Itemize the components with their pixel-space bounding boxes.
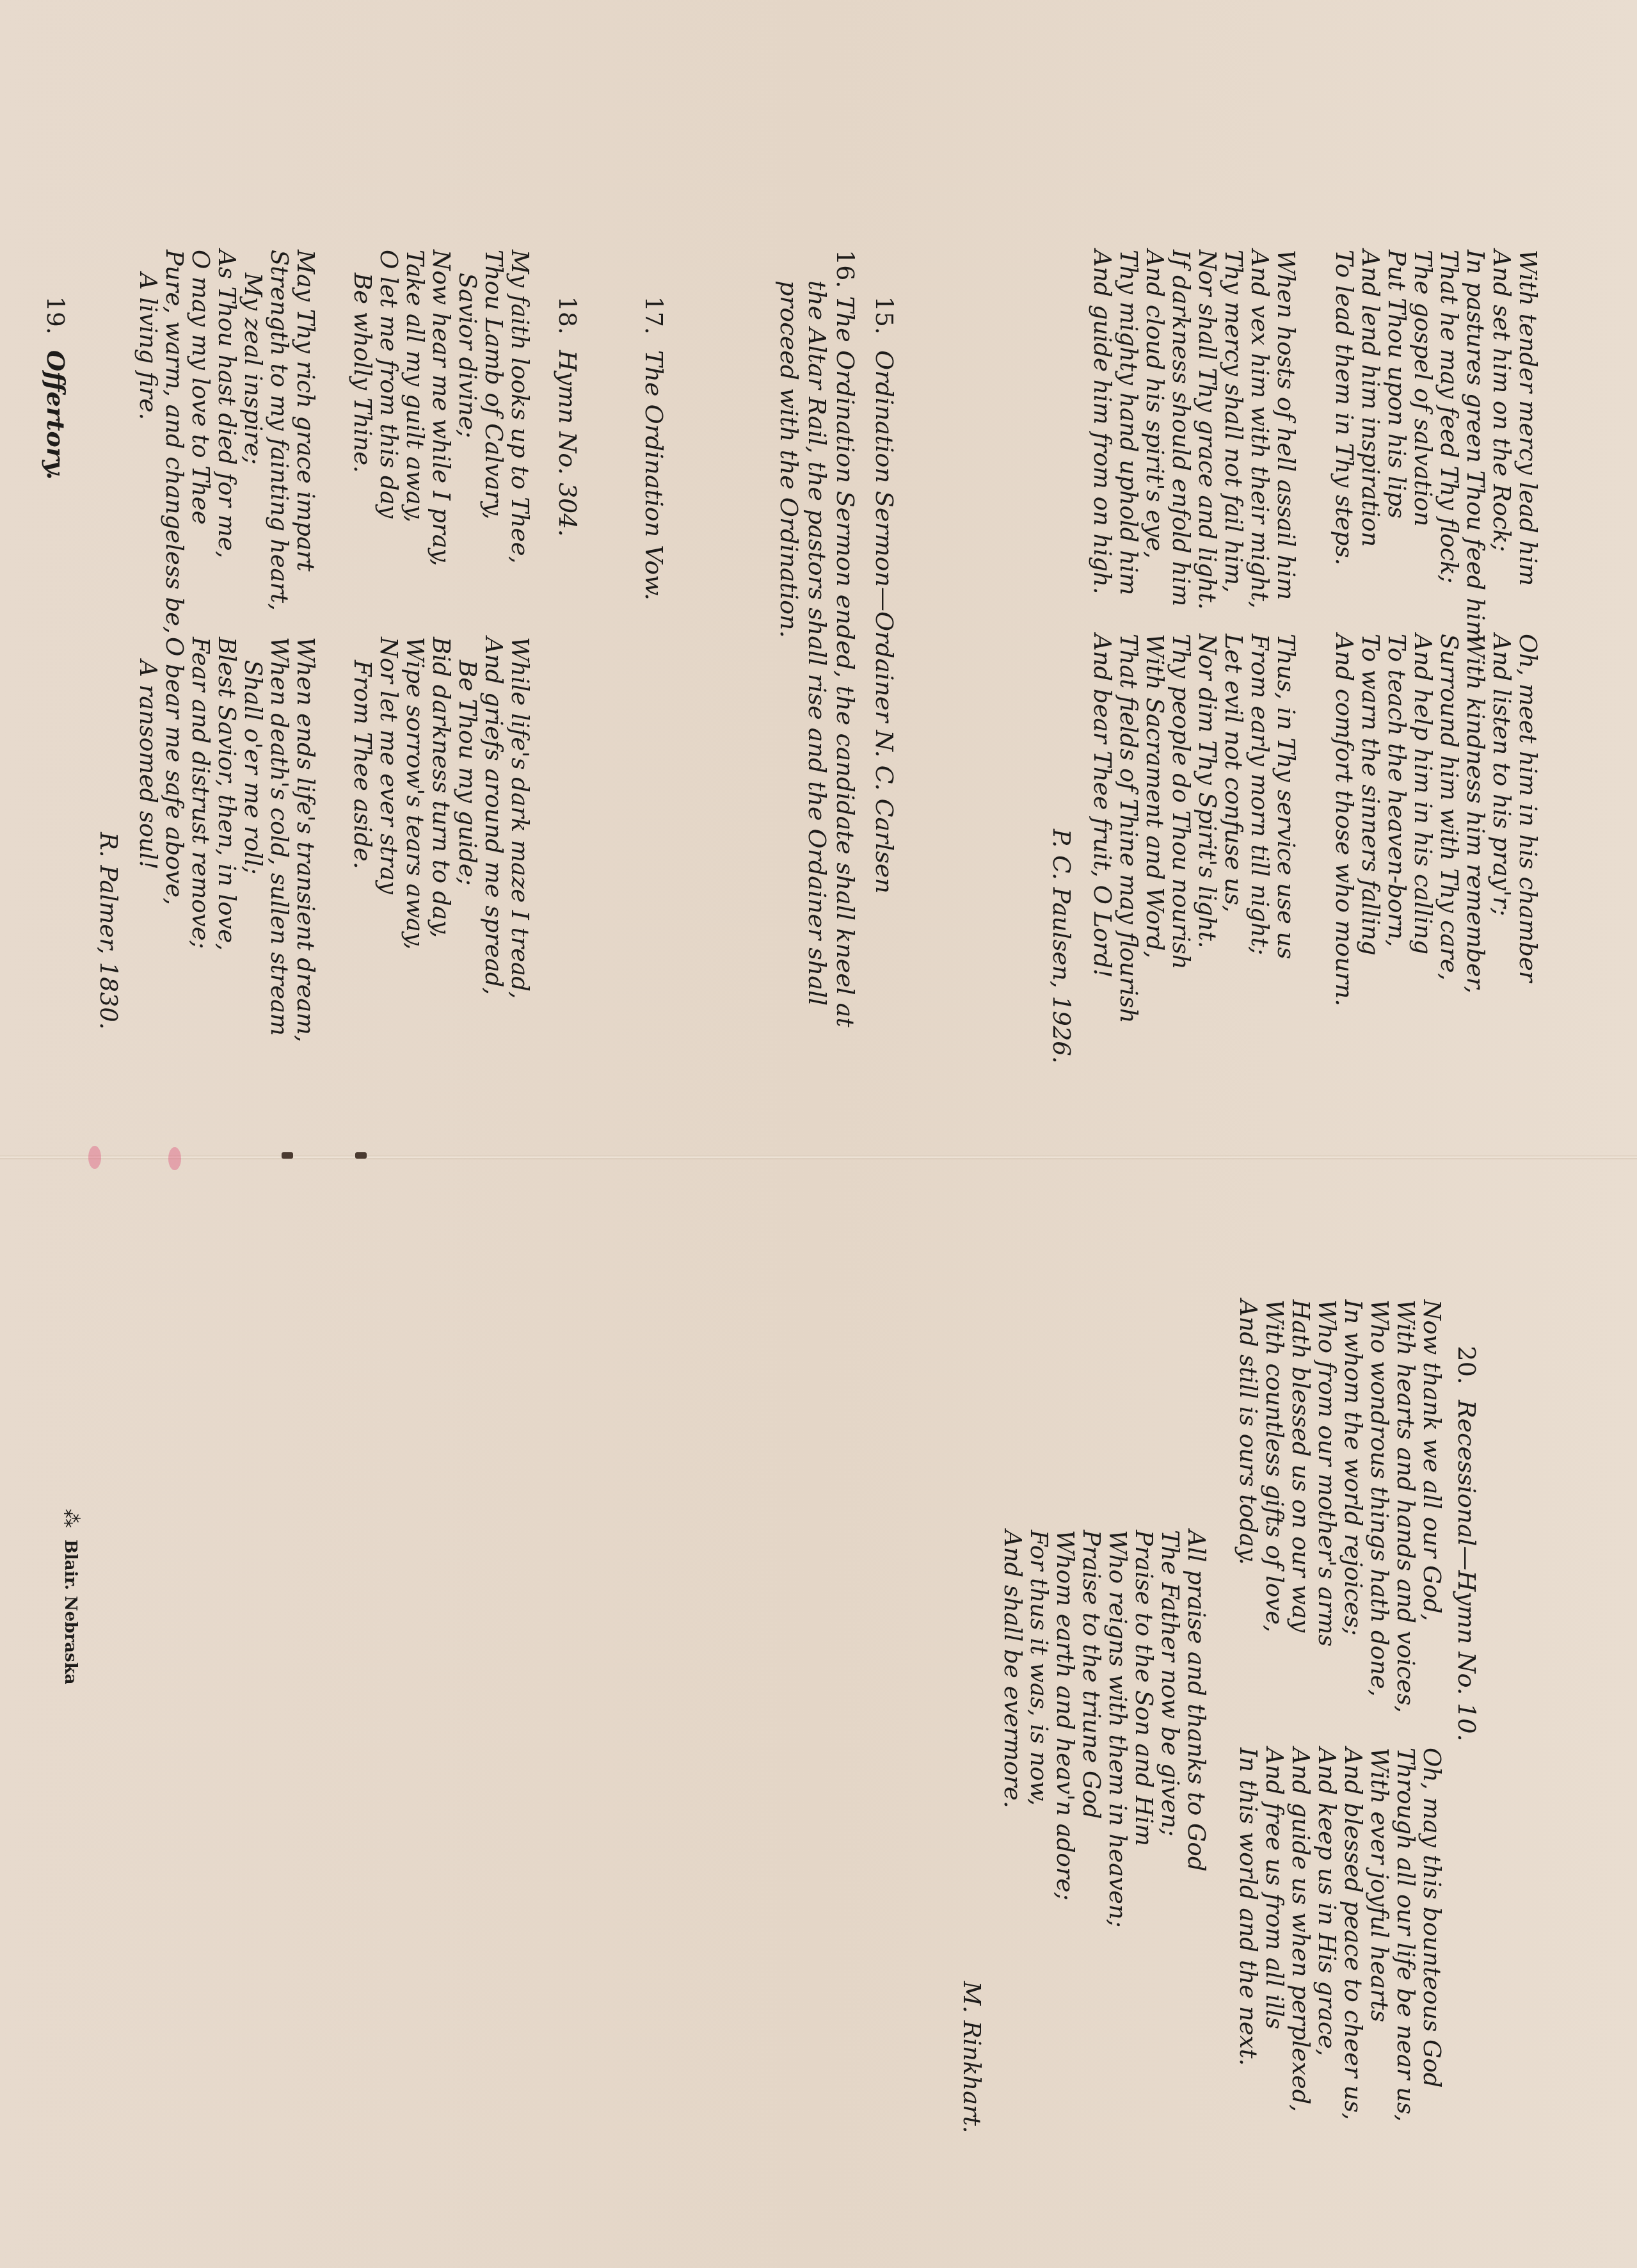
verse-line: Whom earth and heav'n adore;	[1052, 1530, 1078, 2134]
verse-line: With Sacrament and Word,	[1142, 634, 1168, 1024]
verse-line: To teach the heaven-born,	[1384, 634, 1410, 1006]
verse-line: And help him in his calling	[1410, 634, 1436, 1006]
printer-imprint: ⁂ Blair. Nebraska	[60, 1509, 82, 1685]
verse-line: Thy mercy shall not fail him,	[1220, 250, 1247, 634]
verse-line: The gospel of salvation	[1410, 250, 1436, 634]
verse-line: Thy people do Thou nourish	[1168, 634, 1194, 1024]
program-sheet: With tender mercy lead himAnd set him on…	[0, 0, 1637, 2268]
verse-line: Put Thou upon his lips	[1384, 250, 1410, 634]
verse-line: Now thank we all our God,	[1419, 1299, 1445, 1748]
verse-line: Praise to the triune God	[1078, 1530, 1105, 2134]
stanza-right: When ends life's transient dream,When de…	[135, 637, 319, 1042]
verse-line: As Thou hast died for me,	[214, 250, 240, 637]
center-fold	[0, 1155, 1637, 1159]
verse-line: Pure, warm, and changeless be,	[161, 250, 188, 637]
verse-line: And bear Thee fruit, O Lord!	[1089, 634, 1115, 1024]
printer-location: Blair. Nebraska	[61, 1540, 81, 1685]
stanza-left: My faith looks up to Thee,Thou Lamb of C…	[349, 250, 533, 637]
verse-line: And cloud his spirit's eye,	[1142, 250, 1168, 634]
union-label-icon: ⁂	[60, 1509, 82, 1528]
stanza-right: Oh, may this bounteous GodThrough all ou…	[1235, 1748, 1445, 2122]
verse-line: And blessed peace to cheer us,	[1340, 1748, 1366, 2122]
stanza-left: When hosts of hell assail himAnd vex him…	[1089, 250, 1299, 634]
verse-line: The Father now be given;	[1157, 1530, 1183, 2134]
stanza-right: While life's dark maze I tread,And grief…	[349, 637, 533, 999]
verse-line: When death's cold, sullen stream	[266, 637, 292, 1042]
verse-line: My faith looks up to Thee,	[507, 250, 533, 637]
verse-line: May Thy rich grace impart	[292, 250, 319, 637]
verse-line: That fields of Thine may flourish	[1115, 634, 1142, 1024]
verse-line: Be Thou my guide;	[454, 637, 481, 999]
hymn-continuation: With tender mercy lead himAnd set him on…	[1048, 250, 1541, 1064]
verse-line: When hosts of hell assail him	[1273, 250, 1299, 634]
verse-line: Who reigns with them in heaven;	[1105, 1530, 1131, 2134]
stanza-pair-1: With tender mercy lead himAnd set him on…	[1331, 250, 1541, 1064]
verse-line: Wipe sorrow's tears away,	[402, 637, 428, 999]
staple	[282, 1152, 293, 1159]
verse-line: Nor dim Thy Spirit's light.	[1194, 634, 1220, 1024]
verse-line: From Thee aside.	[349, 637, 376, 999]
verse-line: Oh, may this bounteous God	[1419, 1748, 1445, 2122]
final-stanza: All praise and thanks to GodThe Father n…	[1000, 1299, 1210, 2134]
verse-line: Hath blessed us on our way	[1288, 1299, 1314, 1748]
stanza-left: Now thank we all our God,With hearts and…	[1235, 1299, 1445, 1748]
stanza-left: With tender mercy lead himAnd set him on…	[1331, 250, 1541, 634]
stanza-pair-2: May Thy rich grace impartStrength to my …	[135, 250, 319, 1042]
verse-line: Surround him with Thy care,	[1436, 634, 1462, 1006]
verse-line: And shall be evermore.	[1000, 1530, 1026, 2134]
verse-line: Thy mighty hand uphold him	[1115, 250, 1142, 634]
verse-line: O let me from this day	[376, 250, 402, 637]
verse-line: Thus, in Thy service use us	[1273, 634, 1299, 1024]
stanza-pair-1: My faith looks up to Thee,Thou Lamb of C…	[349, 250, 533, 1042]
verse-line: In whom the world rejoices;	[1340, 1299, 1366, 1748]
verse-line: And lend him inspiration	[1357, 250, 1384, 634]
verse-line: And guide him from on high.	[1089, 250, 1115, 634]
verse-line: Fear and distrust remove;	[188, 637, 214, 1042]
verse-line: With kindness him remember,	[1462, 634, 1489, 1006]
verse-line: Be wholly Thine.	[349, 250, 376, 637]
verse-line: To warn the sinners falling	[1357, 634, 1384, 1006]
verse-line: Savior divine;	[454, 250, 481, 637]
recessional-hymn: Now thank we all our God,With hearts and…	[958, 1299, 1445, 2134]
verse-line: And griefs around me spread,	[481, 637, 507, 999]
item-16-ordination-instructions: 16. The Ordination Sermon ended, the can…	[775, 250, 859, 1027]
stanza-right: Oh, meet him in his chamberAnd listen to…	[1331, 634, 1541, 1006]
staple	[355, 1152, 367, 1159]
stanza-pair-1: Now thank we all our God,With hearts and…	[1235, 1299, 1445, 2134]
verse-line: Blest Savior, then, in love,	[214, 637, 240, 1042]
verse-line: While life's dark maze I tread,	[507, 637, 533, 999]
verse-line: In this world and the next.	[1235, 1748, 1261, 2122]
verse-line: With ever joyful hearts	[1366, 1748, 1393, 2122]
verse-line: And vex him with their might,	[1247, 250, 1273, 634]
verse-line: And set him on the Rock;	[1489, 250, 1515, 634]
verse-line: In pastures green Thou feed him	[1462, 250, 1489, 634]
verse-line: Take all my guilt away,	[402, 250, 428, 637]
verse-line: Oh, meet him in his chamber	[1515, 634, 1541, 1006]
verse-line: From early morn till night;	[1247, 634, 1273, 1024]
verse-line: And still is ours today.	[1235, 1299, 1261, 1748]
verse-line: With tender mercy lead him	[1515, 250, 1541, 634]
verse-line: My zeal inspire;	[240, 250, 266, 637]
verse-line: O bear me safe above,	[161, 637, 188, 1042]
verse-line: And comfort those who mourn.	[1331, 634, 1357, 1006]
verse-line: Bid darkness turn to day,	[428, 637, 454, 999]
verse-line: If darkness should enfold him	[1168, 250, 1194, 634]
item-19-offertory: 19. Offertory.	[13, 250, 98, 480]
right-page: 20. Recessional—Hymn No. 10. Now thank w…	[0, 1160, 1637, 2268]
verse-line: For thus it was, is now,	[1026, 1530, 1052, 2134]
verse-line: Now hear me while I pray,	[428, 250, 454, 637]
verse-line: And free us from all ills	[1261, 1748, 1288, 2122]
verse-line: And listen to his pray'r;	[1489, 634, 1515, 1006]
verse-line: Let evil not confuse us,	[1220, 634, 1247, 1024]
item-17-ordination-vow: 17. The Ordination Vow.	[612, 250, 696, 600]
verse-line: O may my love to Thee	[188, 250, 214, 637]
left-page: With tender mercy lead himAnd set him on…	[0, 0, 1637, 1152]
verse-line: Strength to my fainting heart,	[266, 250, 292, 637]
verse-line: All praise and thanks to God	[1183, 1530, 1210, 2134]
verse-line: Praise to the Son and Him	[1131, 1530, 1157, 2134]
verse-line: When ends life's transient dream,	[292, 637, 319, 1042]
verse-line: That he may feed Thy flock;	[1436, 250, 1462, 634]
stanza-pair-2: When hosts of hell assail himAnd vex him…	[1089, 250, 1299, 1064]
verse-line: With hearts and hands and voices,	[1393, 1299, 1419, 1748]
stanza-right: Thus, in Thy service use usFrom early mo…	[1089, 634, 1299, 1024]
verse-line: A ransomed soul!	[135, 637, 161, 1042]
recessional-attribution: M. Rinkhart.	[958, 1299, 986, 2134]
verse-line: Nor shall Thy grace and light.	[1194, 250, 1220, 634]
hymn-304: My faith looks up to Thee,Thou Lamb of C…	[95, 250, 533, 1042]
verse-line: A living fire.	[135, 250, 161, 637]
verse-line: And guide us when perplexed,	[1288, 1748, 1314, 2122]
verse-line: And keep us in His grace,	[1314, 1748, 1340, 2122]
verse-line: Nor let me ever stray	[376, 637, 402, 999]
verse-line: Through all our life be near us,	[1393, 1748, 1419, 2122]
hymn-304-attribution: R. Palmer, 1830.	[95, 250, 122, 1042]
item-18-hymn-304: 18. Hymn No. 304.	[525, 250, 610, 537]
verse-line: To lead them in Thy steps.	[1331, 250, 1357, 634]
verse-line: With countless gifts of love,	[1261, 1299, 1288, 1748]
verse-line: Thou Lamb of Calvary,	[481, 250, 507, 637]
verse-line: Who from our mother's arms	[1314, 1299, 1340, 1748]
stanza-left: May Thy rich grace impartStrength to my …	[135, 250, 319, 637]
hymn-attribution: P. C. Paulsen, 1926.	[1048, 250, 1075, 1064]
verse-line: Who wondrous things hath done,	[1366, 1299, 1393, 1748]
verse-line: Shall o'er me roll;	[240, 637, 266, 1042]
